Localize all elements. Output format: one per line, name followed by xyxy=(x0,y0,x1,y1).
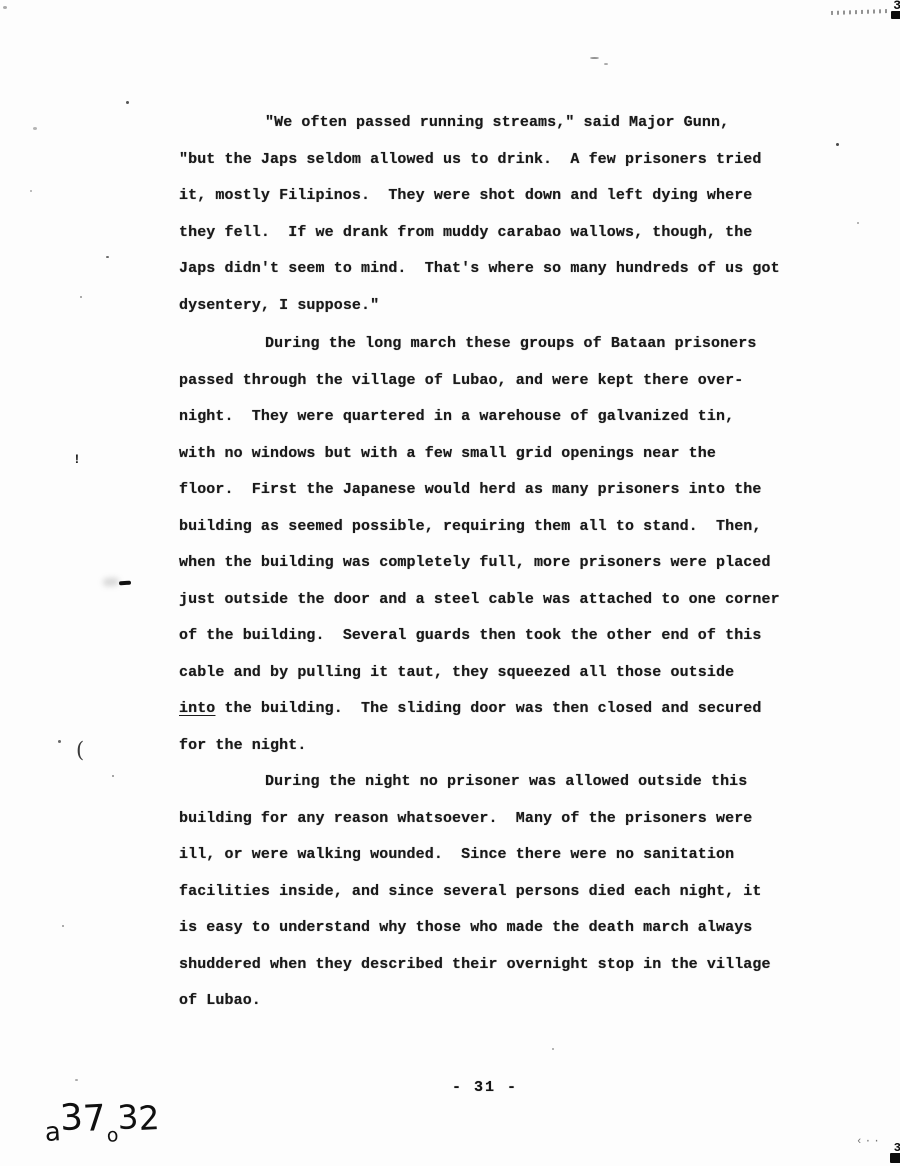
stray-tick-mark: ! xyxy=(73,452,81,467)
text-line: night. They were quartered in a warehous… xyxy=(179,399,799,436)
text-line: facilities inside, and since several per… xyxy=(179,874,799,911)
scan-speck xyxy=(836,143,839,146)
stray-paren-mark: ( xyxy=(76,738,84,762)
scan-speck xyxy=(75,1079,78,1081)
handwritten-char: 2 xyxy=(138,1098,161,1138)
scan-speck xyxy=(58,740,61,743)
scan-speck xyxy=(552,1048,554,1050)
text-line: of the building. Several guards then too… xyxy=(179,618,799,655)
text-line: it, mostly Filipinos. They were shot dow… xyxy=(179,178,799,215)
scan-smudge-top-right xyxy=(831,9,889,15)
text-line: cable and by pulling it taut, they squee… xyxy=(179,655,799,692)
stray-dash-mark xyxy=(119,581,131,586)
text-line: During the long march these groups of Ba… xyxy=(179,326,799,363)
scan-speck xyxy=(3,6,7,9)
handwritten-char: 3 xyxy=(116,1097,139,1137)
text-line: shuddered when they described their over… xyxy=(179,947,799,984)
text-line: "but the Japs seldom allowed us to drink… xyxy=(179,142,799,179)
paragraph-quote-major-gunn: "We often passed running streams," said … xyxy=(179,105,799,324)
paragraph-lubao-warehouse: During the long march these groups of Ba… xyxy=(179,326,799,764)
page-number: - 31 - xyxy=(452,1079,518,1097)
document-page: "We often passed running streams," said … xyxy=(0,0,900,1166)
text-line: "We often passed running streams," said … xyxy=(179,105,799,142)
text-line: floor. First the Japanese would herd as … xyxy=(179,472,799,509)
scan-speck xyxy=(80,296,82,298)
handwritten-note: a37o32 xyxy=(43,1093,160,1140)
scan-speck xyxy=(106,256,109,258)
corner-mark-top-right: 3 xyxy=(888,0,900,22)
handwritten-char: 7 xyxy=(82,1098,107,1140)
scan-speck xyxy=(62,925,64,927)
text-line: into the building. The sliding door was … xyxy=(179,691,799,728)
paragraph-overnight-conditions: During the night no prisoner was allowed… xyxy=(179,764,799,1020)
text-line: just outside the door and a steel cable … xyxy=(179,582,799,619)
text-line: dysentery, I suppose." xyxy=(179,288,799,325)
text-line: when the building was completely full, m… xyxy=(179,545,799,582)
scan-speck xyxy=(33,127,37,130)
text-line: Japs didn't seem to mind. That's where s… xyxy=(179,251,799,288)
scan-ticks-bottom-right: ‹·· xyxy=(856,1136,882,1148)
text-line: passed through the village of Lubao, and… xyxy=(179,363,799,400)
scan-speck xyxy=(604,63,608,65)
scan-speck xyxy=(590,57,599,59)
scan-speck xyxy=(126,101,129,104)
text-line: building for any reason whatsoever. Many… xyxy=(179,801,799,838)
text-line: During the night no prisoner was allowed… xyxy=(179,764,799,801)
handwritten-char: 3 xyxy=(59,1097,84,1139)
scan-speck xyxy=(30,190,32,192)
text-line: of Lubao. xyxy=(179,983,799,1020)
text-line: they fell. If we drank from muddy caraba… xyxy=(179,215,799,252)
handwritten-char: a xyxy=(44,1117,61,1148)
corner-mark-bottom-right: 3 xyxy=(887,1144,900,1164)
text-line: with no windows but with a few small gri… xyxy=(179,436,799,473)
text-line: for the night. xyxy=(179,728,799,765)
text-line: ill, or were walking wounded. Since ther… xyxy=(179,837,799,874)
text-line: is easy to understand why those who made… xyxy=(179,910,799,947)
text-line: building as seemed possible, requiring t… xyxy=(179,509,799,546)
scan-speck xyxy=(857,222,859,224)
scan-speck xyxy=(112,775,114,777)
